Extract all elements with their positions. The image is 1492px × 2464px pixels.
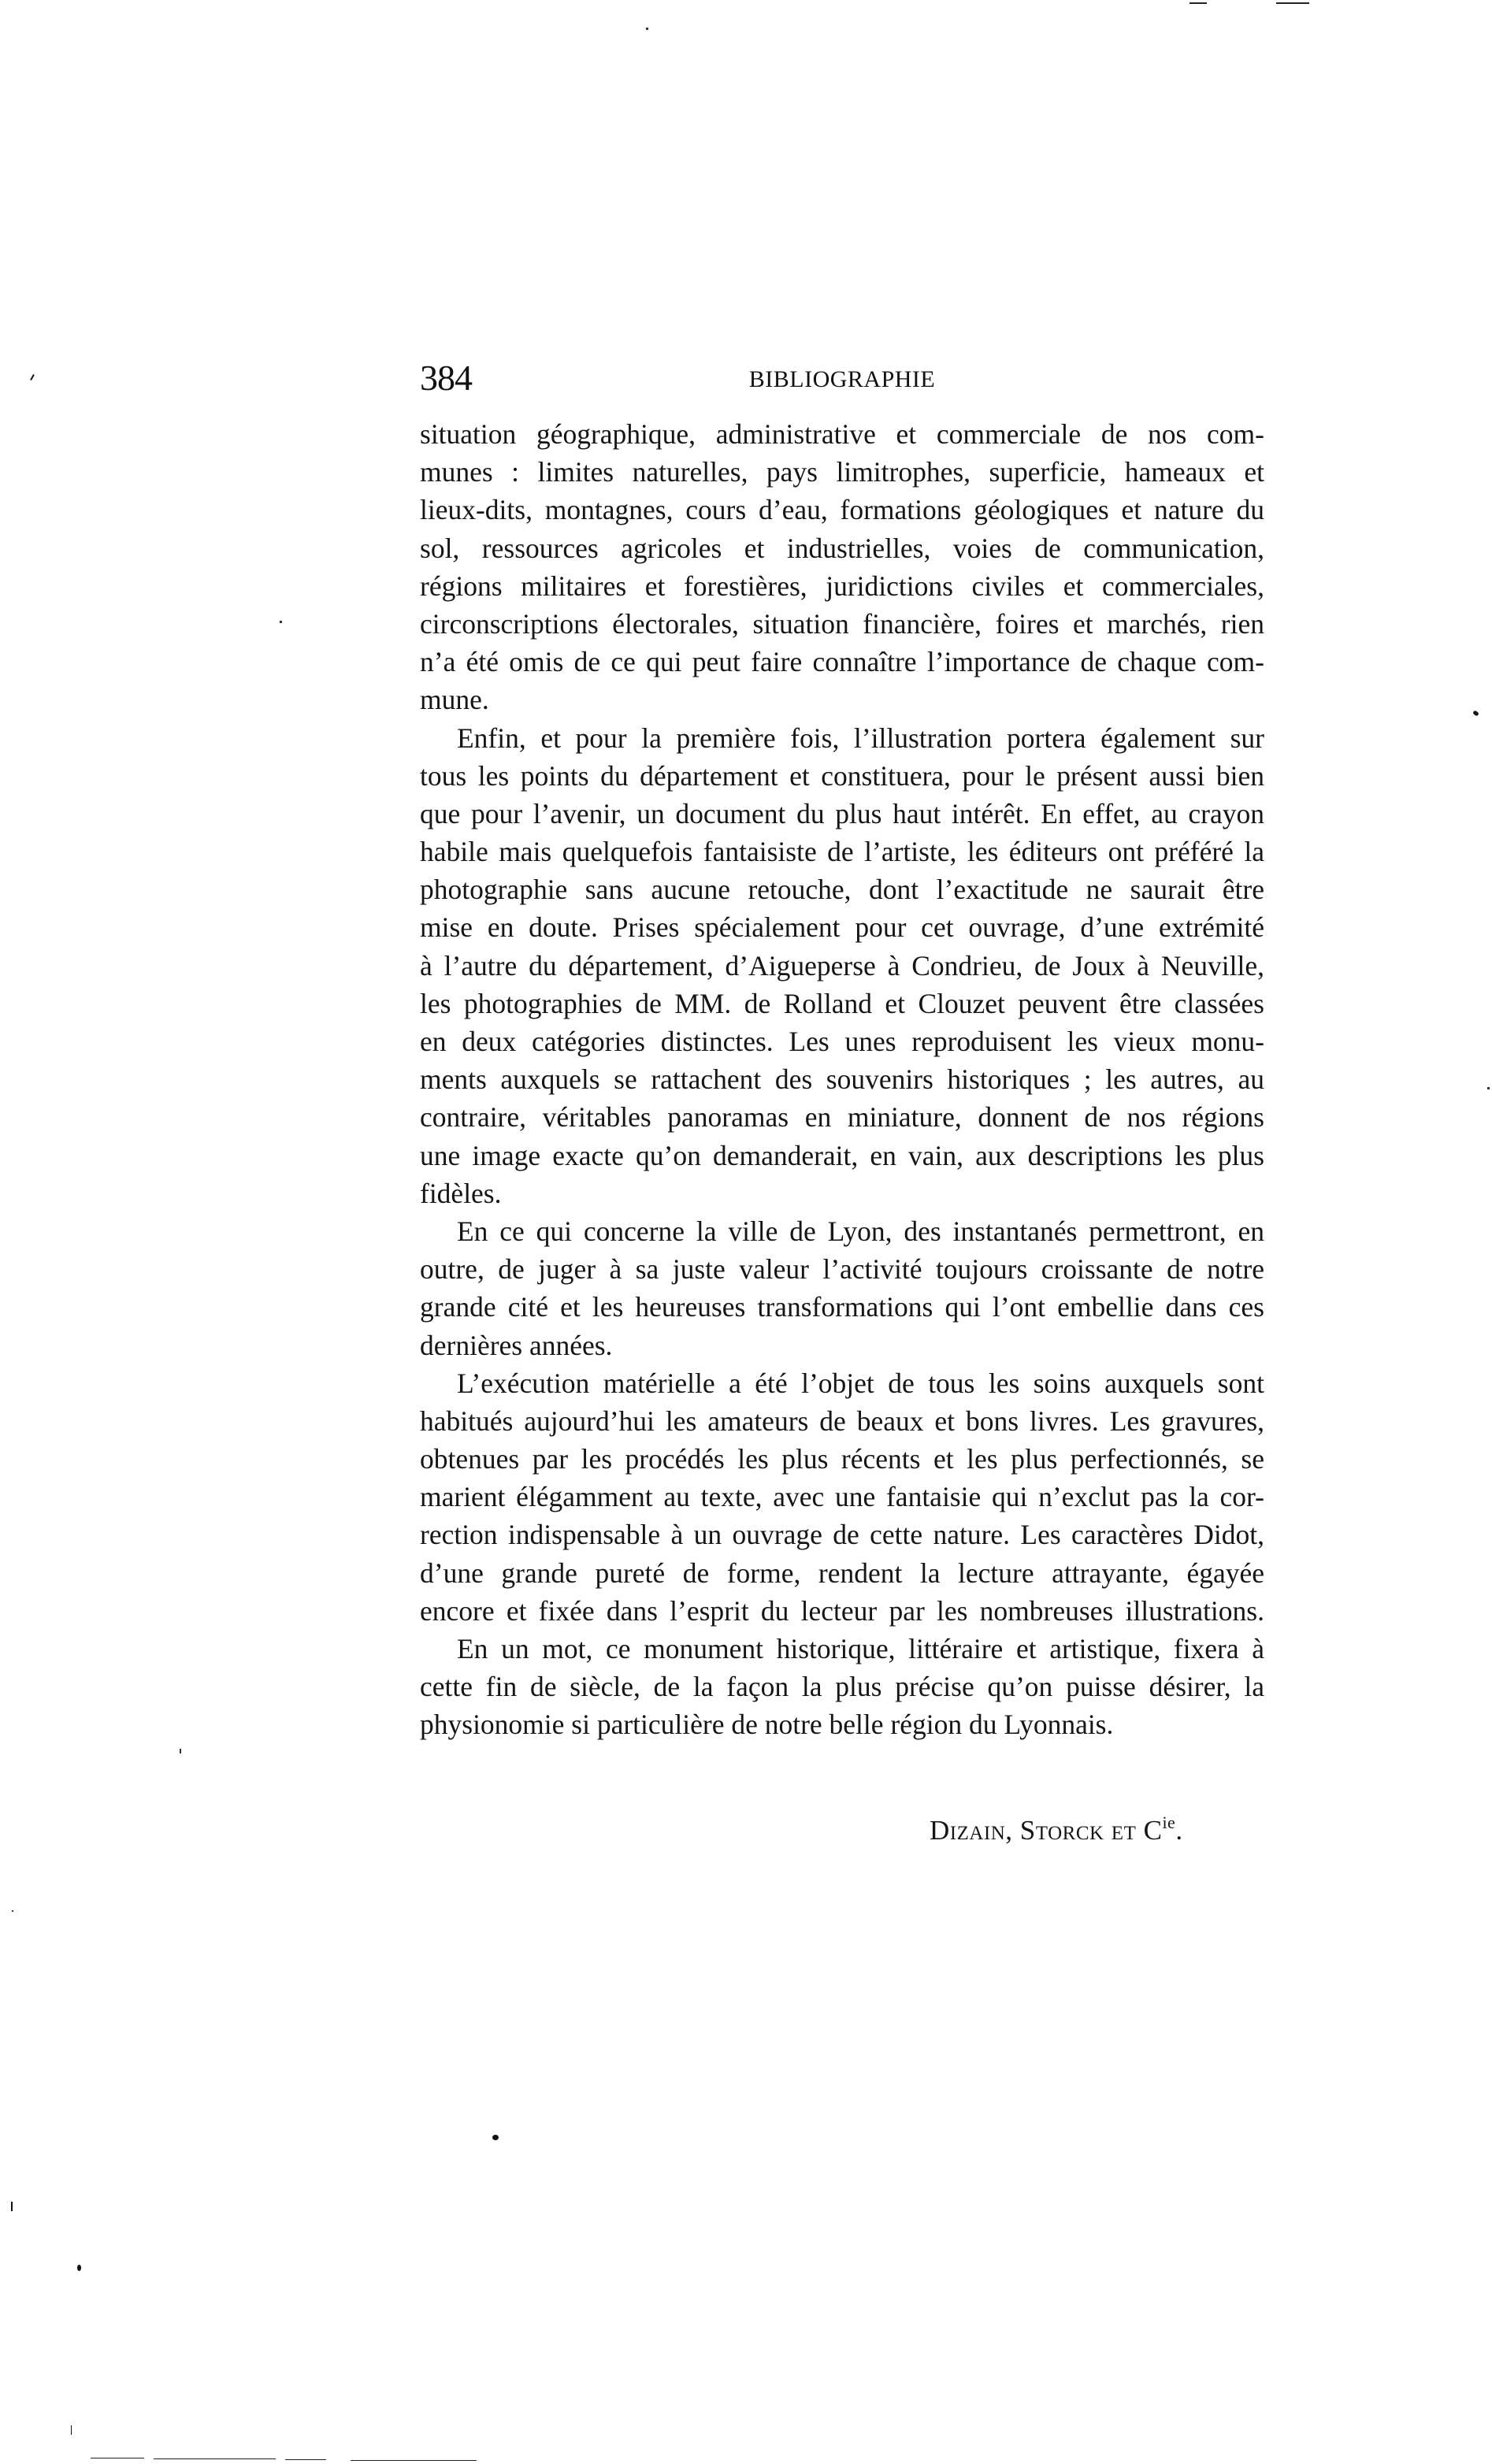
text-line: circonscriptions électorales, situation … <box>420 605 1264 643</box>
scan-artifact-bottom-line <box>351 2460 477 2461</box>
scan-artifact-speck <box>492 2135 499 2140</box>
text-line: mune. <box>420 681 1264 718</box>
scan-artifact-speck <box>12 1910 13 1912</box>
text-line: lieux-dits, montagnes, cours d’eau, form… <box>420 491 1264 529</box>
text-line: sol, ressources agricoles et industriell… <box>420 529 1264 567</box>
signature-period: . <box>1175 1815 1182 1846</box>
text-line: photographie sans aucune retouche, dont … <box>420 870 1264 908</box>
text-line: que pour l’avenir, un document du plus h… <box>420 795 1264 833</box>
scan-artifact-bottom-line <box>285 2459 326 2460</box>
signature-name: Dizain, Storck et C <box>930 1815 1162 1846</box>
scan-artifact-speck <box>77 2265 81 2271</box>
scan-artifact-bottom-line <box>154 2458 276 2459</box>
text-line: rection indispensable à un ouvrage de ce… <box>420 1516 1264 1553</box>
text-line: marient élégamment au texte, avec une fa… <box>420 1478 1264 1516</box>
running-head: 384 BIBLIOGRAPHIE <box>420 356 1264 403</box>
scanned-page: 384 BIBLIOGRAPHIE situation géographique… <box>0 0 1492 2464</box>
publisher-signature: Dizain, Storck et Cie. <box>930 1804 1183 1850</box>
text-line: L’exécution matérielle a été l’objet de … <box>420 1364 1264 1402</box>
scan-artifact-speck <box>1472 710 1479 716</box>
scan-artifact-top-line <box>1190 2 1207 4</box>
text-line: situation géographique, administrative e… <box>420 415 1264 453</box>
text-line: régions militaires et forestières, jurid… <box>420 567 1264 605</box>
text-line: n’a été omis de ce qui peut faire connaî… <box>420 643 1264 681</box>
text-line: En ce qui concerne la ville de Lyon, des… <box>420 1212 1264 1250</box>
text-line: habile mais quelquefois fantaisiste de l… <box>420 833 1264 870</box>
signature-superscript: ie <box>1162 1813 1175 1832</box>
text-line: obtenues par les procédés les plus récen… <box>420 1440 1264 1478</box>
body-text: situation géographique, administrative e… <box>420 415 1264 1744</box>
text-line: habitués aujourd’hui les amateurs de bea… <box>420 1402 1264 1440</box>
text-line: ments auxquels se rattachent des souveni… <box>420 1060 1264 1098</box>
text-line: une image exacte qu’on demanderait, en v… <box>420 1137 1264 1174</box>
text-line: tous les points du département et consti… <box>420 757 1264 795</box>
text-line: cette fin de siècle, de la façon la plus… <box>420 1668 1264 1705</box>
scan-artifact-bottom-line <box>91 2458 144 2458</box>
text-line: encore et fixée dans l’esprit du lecteur… <box>420 1592 1264 1630</box>
text-line: grande cité et les heureuses transformat… <box>420 1288 1264 1326</box>
scan-artifact-mark <box>71 2425 72 2435</box>
text-line: les photographies de MM. de Rolland et C… <box>420 985 1264 1022</box>
running-head-title: BIBLIOGRAPHIE <box>420 364 1264 395</box>
text-line: fidèles. <box>420 1174 1264 1212</box>
scan-artifact-speck <box>646 28 648 30</box>
text-line: En un mot, ce monument historique, litté… <box>420 1630 1264 1668</box>
text-line: mise en doute. Prises spécialement pour … <box>420 908 1264 946</box>
scan-artifact-speck <box>180 1749 181 1753</box>
scan-artifact-mark <box>30 374 35 380</box>
scan-artifact-speck <box>280 621 282 623</box>
text-line: outre, de juger à sa juste valeur l’acti… <box>420 1250 1264 1288</box>
scan-artifact-mark <box>11 2202 13 2211</box>
text-line: à l’autre du département, d’Aigueperse à… <box>420 947 1264 985</box>
scan-artifact-top-line <box>1276 2 1309 4</box>
text-line: d’une grande pureté de forme, rendent la… <box>420 1554 1264 1592</box>
scan-artifact-speck <box>1487 1087 1490 1089</box>
text-line: dernières années. <box>420 1327 1264 1364</box>
text-line: Enfin, et pour la première fois, l’illus… <box>420 719 1264 757</box>
text-line: en deux catégories distinctes. Les unes … <box>420 1022 1264 1060</box>
text-line: physionomie si particulière de notre bel… <box>420 1705 1264 1743</box>
text-line: contraire, véritables panoramas en minia… <box>420 1098 1264 1136</box>
text-line: munes : limites naturelles, pays limitro… <box>420 453 1264 491</box>
